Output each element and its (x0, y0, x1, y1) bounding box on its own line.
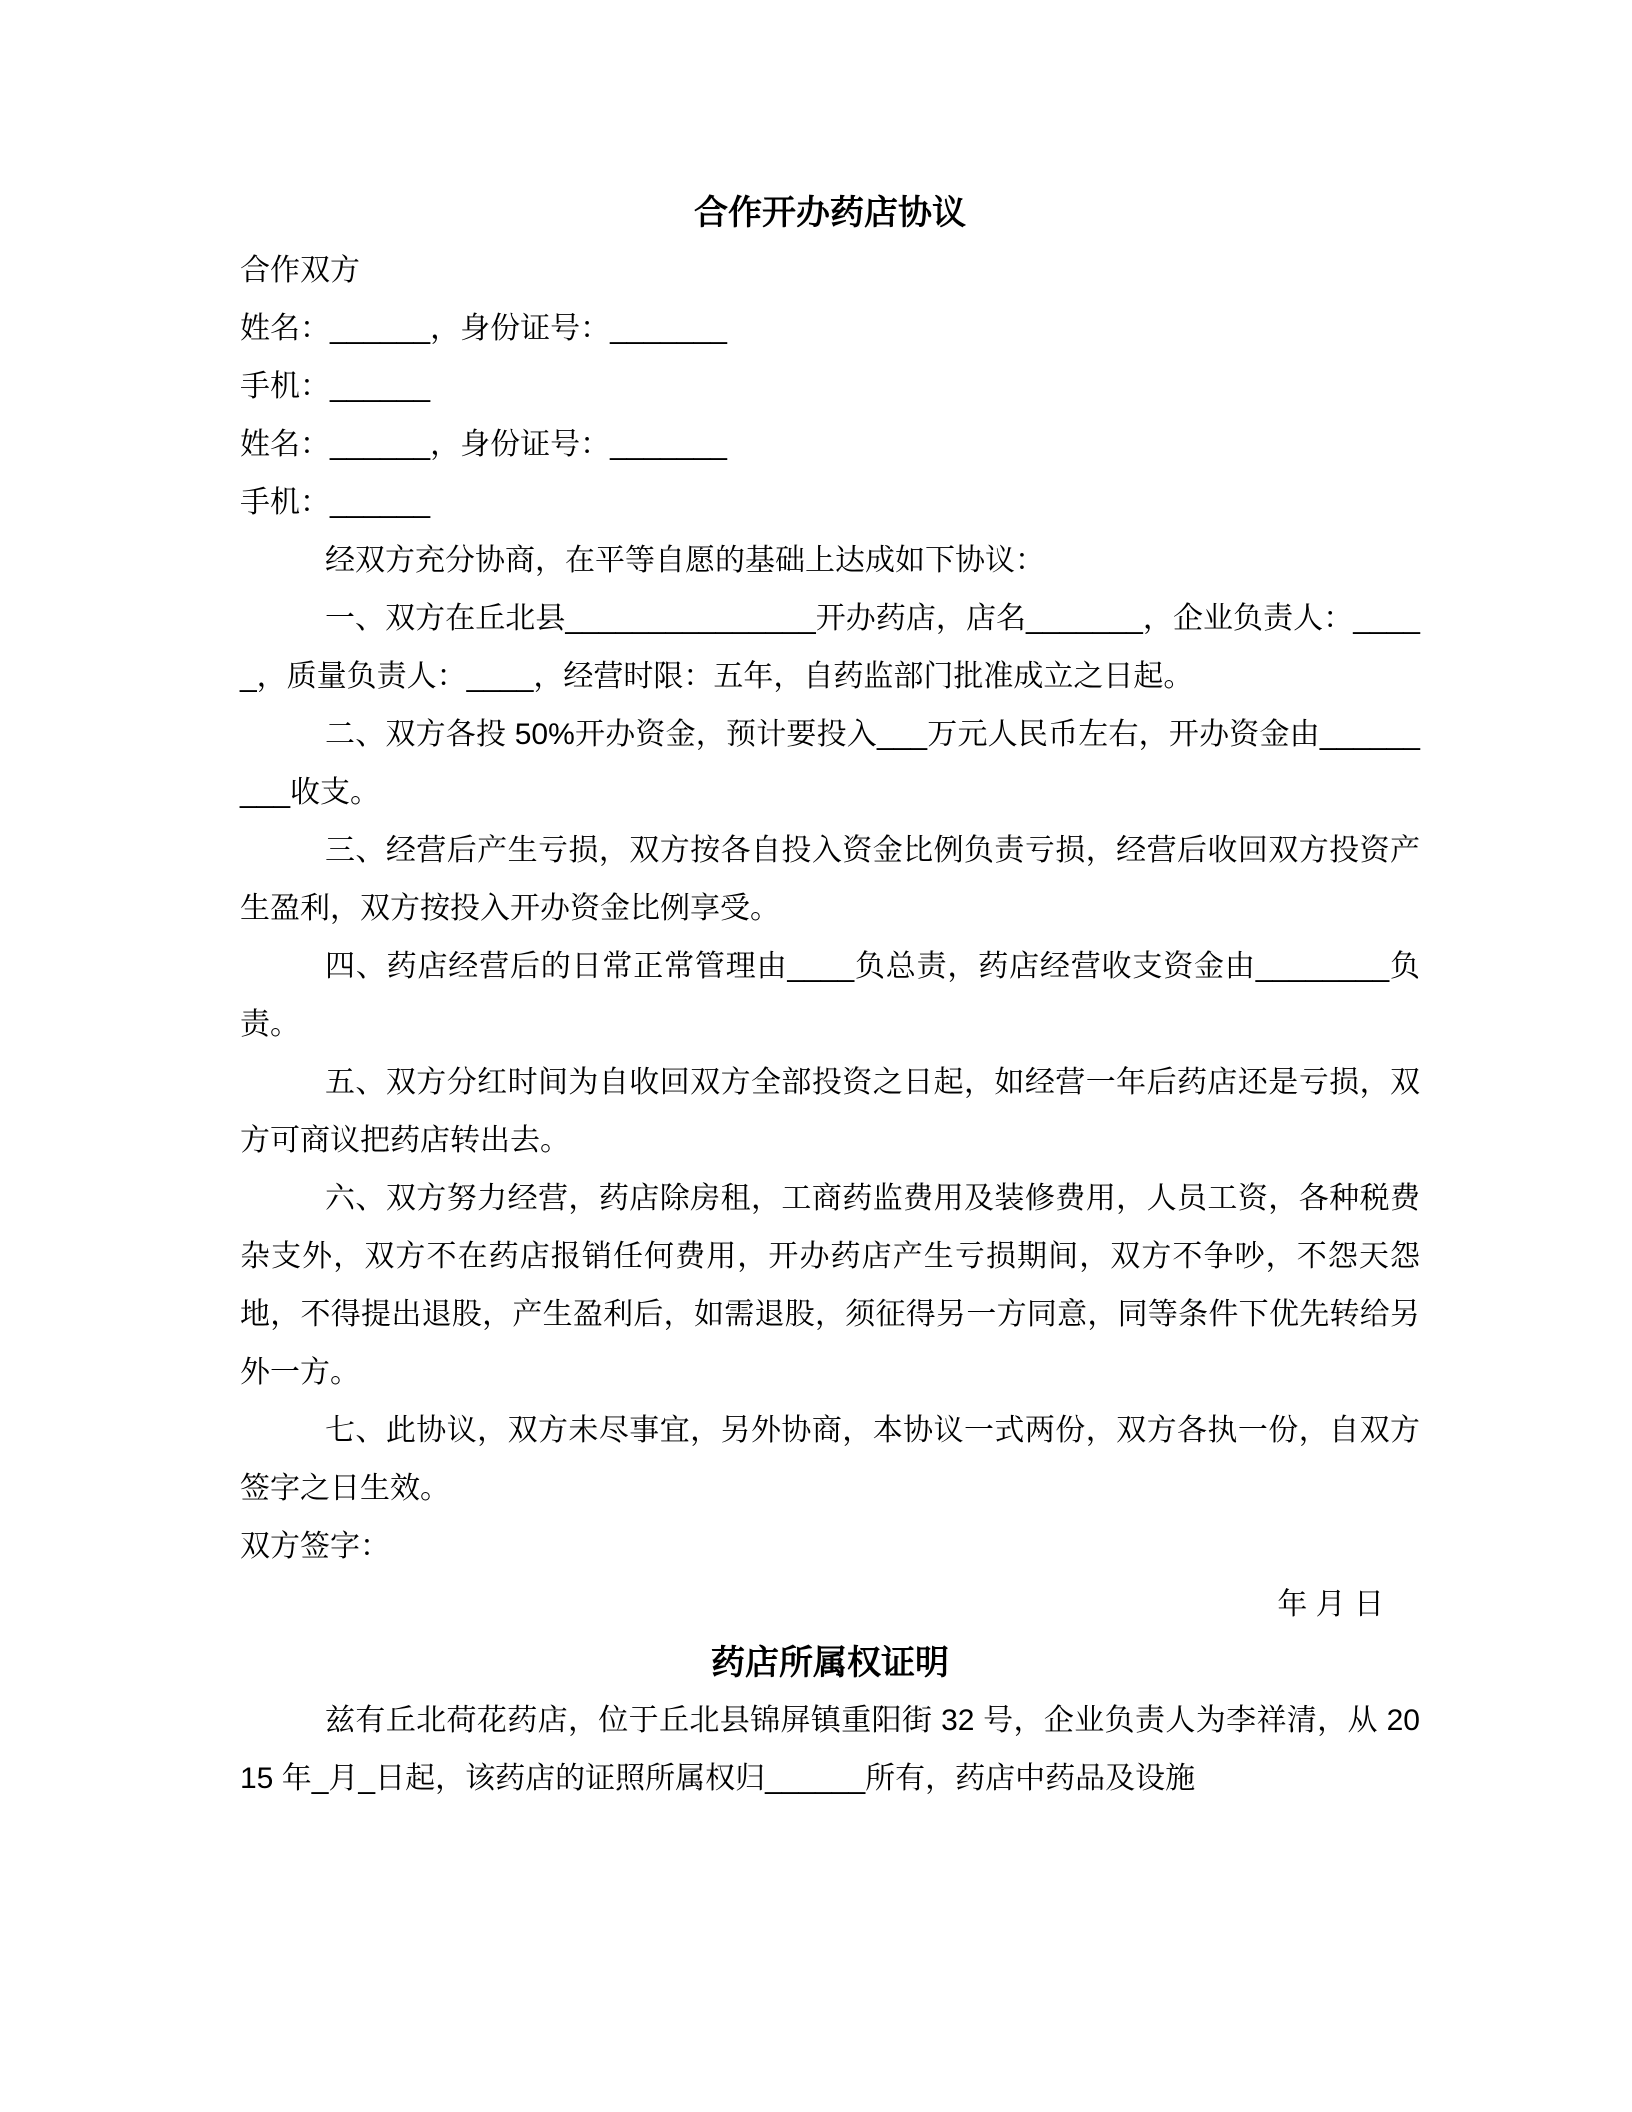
clause-5-paragraph: 五、双方分红时间为自收回双方全部投资之日起，如经营一年后药店还是亏损，双方可商议… (240, 1054, 1420, 1170)
clause-3-paragraph: 三、经营后产生亏损，双方按各自投入资金比例负责亏损，经营后收回双方投资产生盈利，… (240, 822, 1420, 938)
parties-heading: 合作双方 (240, 242, 1420, 300)
agreement-title: 合作开办药店协议 (240, 184, 1420, 242)
clause-6-paragraph: 六、双方努力经营，药店除房租，工商药监费用及装修费用，人员工资，各种税费杂支外，… (240, 1170, 1420, 1402)
clause-2-paragraph: 二、双方各投 50%开办资金，预计要投入___万元人民币左右，开办资金由____… (240, 706, 1420, 822)
party2-name-id-line: 姓名：______，身份证号：_______ (240, 416, 1420, 474)
date-line: 年 月 日 (240, 1576, 1420, 1634)
party2-phone-line: 手机：______ (240, 474, 1420, 532)
clause-7-paragraph: 七、此协议，双方未尽事宜，另外协商，本协议一式两份，双方各执一份，自双方签字之日… (240, 1402, 1420, 1518)
preamble-paragraph: 经双方充分协商，在平等自愿的基础上达成如下协议： (240, 532, 1420, 590)
party1-phone-line: 手机：______ (240, 358, 1420, 416)
ownership-body-paragraph: 兹有丘北荷花药店，位于丘北县锦屏镇重阳街 32 号，企业负责人为李祥清，从 20… (240, 1692, 1420, 1808)
party1-name-id-line: 姓名：______，身份证号：_______ (240, 300, 1420, 358)
clause-4-paragraph: 四、药店经营后的日常正常管理由____负总责，药店经营收支资金由________… (240, 938, 1420, 1054)
document-content: 合作开办药店协议 合作双方 姓名：______，身份证号：_______ 手机：… (240, 184, 1420, 1808)
signatures-label: 双方签字： (240, 1518, 1420, 1576)
clause-1-paragraph: 一、双方在丘北县_______________开办药店，店名_______，企业… (240, 590, 1420, 706)
ownership-title: 药店所属权证明 (240, 1634, 1420, 1692)
document-page: 合作开办药店协议 合作双方 姓名：______，身份证号：_______ 手机：… (0, 0, 1632, 2112)
